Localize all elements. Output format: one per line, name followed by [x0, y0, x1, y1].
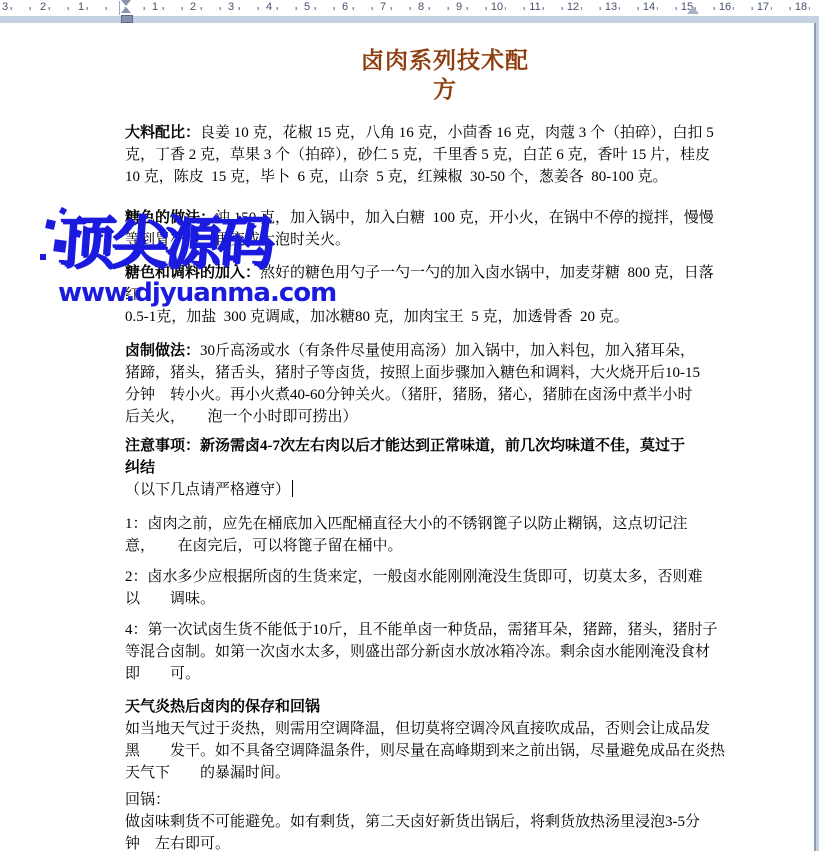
paragraph-reheating[interactable]: 回锅： 做卤味剩货不可能避免。如有剩货，第二天卤好新货出锅后，将剩货放热汤里浸泡… [125, 789, 765, 851]
paragraph-rule-4[interactable]: 4：第一次试卤生货不能低于10斤，且不能单卤一种货品，需猪耳朵，猪蹄，猪头，猪肘… [125, 619, 765, 685]
paragraph-sugar-color-method[interactable]: 糖色的做法：油 150 克，加入锅中，加入白糖 100 克，开小火，在锅中不停的… [125, 207, 765, 251]
document-title[interactable]: 卤肉系列技术配方 [125, 46, 765, 104]
title-line-2: 方 [433, 77, 457, 102]
paragraph-text: 2：卤水多少应根据所卤的生货来定，一般卤水能刚刚淹没生货即可，切莫太多，否则难 … [125, 569, 703, 607]
paragraph-label: 卤制做法： [125, 343, 200, 359]
ruler-number: 6 [340, 0, 350, 15]
ruler-number: 1 [76, 0, 86, 15]
paragraph-notes[interactable]: 注意事项：新汤需卤4-7次左右肉以后才能达到正常味道，前几次均味道不佳，莫过于 … [125, 435, 765, 501]
ruler-number: 4 [264, 0, 274, 15]
paragraph-text: 1：卤肉之前，应先在桶底加入匹配桶直径大小的不锈钢篦子以防止糊锅，这点切记注 意… [125, 516, 688, 554]
ruler-number: 8 [416, 0, 426, 15]
paragraph-rule-1[interactable]: 1：卤肉之前，应先在桶底加入匹配桶直径大小的不锈钢篦子以防止糊锅，这点切记注 意… [125, 513, 765, 557]
ruler-number: 16 [717, 0, 733, 15]
ruler-number: 5 [302, 0, 312, 15]
paragraph-label: 糖色和调料的加入： [125, 265, 260, 281]
paragraph-text: （以下几点请严格遵守） [125, 482, 290, 498]
ruler-number: 12 [565, 0, 581, 15]
paragraph-text: 良姜 10 克，花椒 15 克，八角 16 克，小茴香 16 克，肉蔻 3 个（… [125, 125, 714, 185]
ruler-number: 13 [603, 0, 619, 15]
paragraph-rule-2[interactable]: 2：卤水多少应根据所卤的生货来定，一般卤水能刚刚淹没生货即可，切莫太多，否则难 … [125, 566, 765, 610]
paragraph-text: 如当地天气过于炎热，则需用空调降温，但切莫将空调冷风直接吹成品，否则会让成品发 … [125, 721, 725, 781]
paragraph-label: 天气炎热后卤肉的保存和回锅 [125, 699, 320, 715]
ruler-number: 11 [527, 0, 542, 15]
first-line-indent-marker[interactable] [121, 0, 131, 6]
horizontal-ruler[interactable]: 3 2 1 1 2 3 4 5 6 7 8 9 10 11 12 13 14 1… [0, 0, 819, 23]
ruler-number: 14 [641, 0, 657, 15]
ruler-number: 9 [454, 0, 464, 15]
margin-boundary [119, 1, 120, 15]
ruler-number: 2 [38, 0, 48, 15]
ruler-number: 18 [793, 0, 809, 15]
text-cursor [292, 480, 293, 497]
document-content[interactable]: 卤肉系列技术配方 大料配比：良姜 10 克，花椒 15 克，八角 16 克，小茴… [125, 22, 765, 851]
ruler-number: 10 [489, 0, 505, 15]
paragraph-hot-weather-storage[interactable]: 天气炎热后卤肉的保存和回锅 如当地天气过于炎热，则需用空调降温，但切莫将空调冷风… [125, 696, 765, 784]
ruler-number: 2 [188, 0, 198, 15]
ruler-number: 3 [226, 0, 236, 15]
hanging-indent-marker[interactable] [121, 7, 131, 13]
paragraph-text: 4：第一次试卤生货不能低于10斤，且不能单卤一种货品，需猪耳朵，猪蹄，猪头，猪肘… [125, 622, 718, 682]
paragraph-sugar-and-seasoning[interactable]: 糖色和调料的加入：熬好的糖色用勺子一勺一勺的加入卤水锅中，加麦芽糖 800 克，… [125, 262, 765, 328]
paragraph-label: 糖色的做法： [125, 210, 215, 226]
paragraph-label: 大料配比： [125, 125, 200, 141]
paragraph-text: 30斤高汤或水（有条件尽量使用高汤）加入锅中，加入料包，加入猪耳朵， 猪蹄，猪头… [125, 343, 700, 425]
right-indent-marker[interactable] [687, 6, 699, 14]
paragraph-text: 回锅： 做卤味剩货不可能避免。如有剩货，第二天卤好新货出锅后，将剩货放热汤里浸泡… [125, 792, 700, 851]
ruler-number: 17 [755, 0, 771, 15]
paragraph-label: 注意事项：新汤需卤4-7次左右肉以后才能达到正常味道，前几次均味道不佳，莫过于 … [125, 438, 685, 476]
paragraph-braising-method[interactable]: 卤制做法：30斤高汤或水（有条件尽量使用高汤）加入锅中，加入料包，加入猪耳朵， … [125, 340, 765, 428]
ruler-number: 1 [150, 0, 160, 15]
paragraph-spice-ratio[interactable]: 大料配比：良姜 10 克，花椒 15 克，八角 16 克，小茴香 16 克，肉蔻… [125, 122, 765, 188]
ruler-number: 7 [378, 0, 388, 15]
title-line-1: 卤肉系列技术配 [361, 48, 529, 73]
word-document-window: { "ruler": { "left_numbers": ["3", "2", … [0, 0, 819, 851]
ruler-number: 3 [0, 0, 10, 15]
